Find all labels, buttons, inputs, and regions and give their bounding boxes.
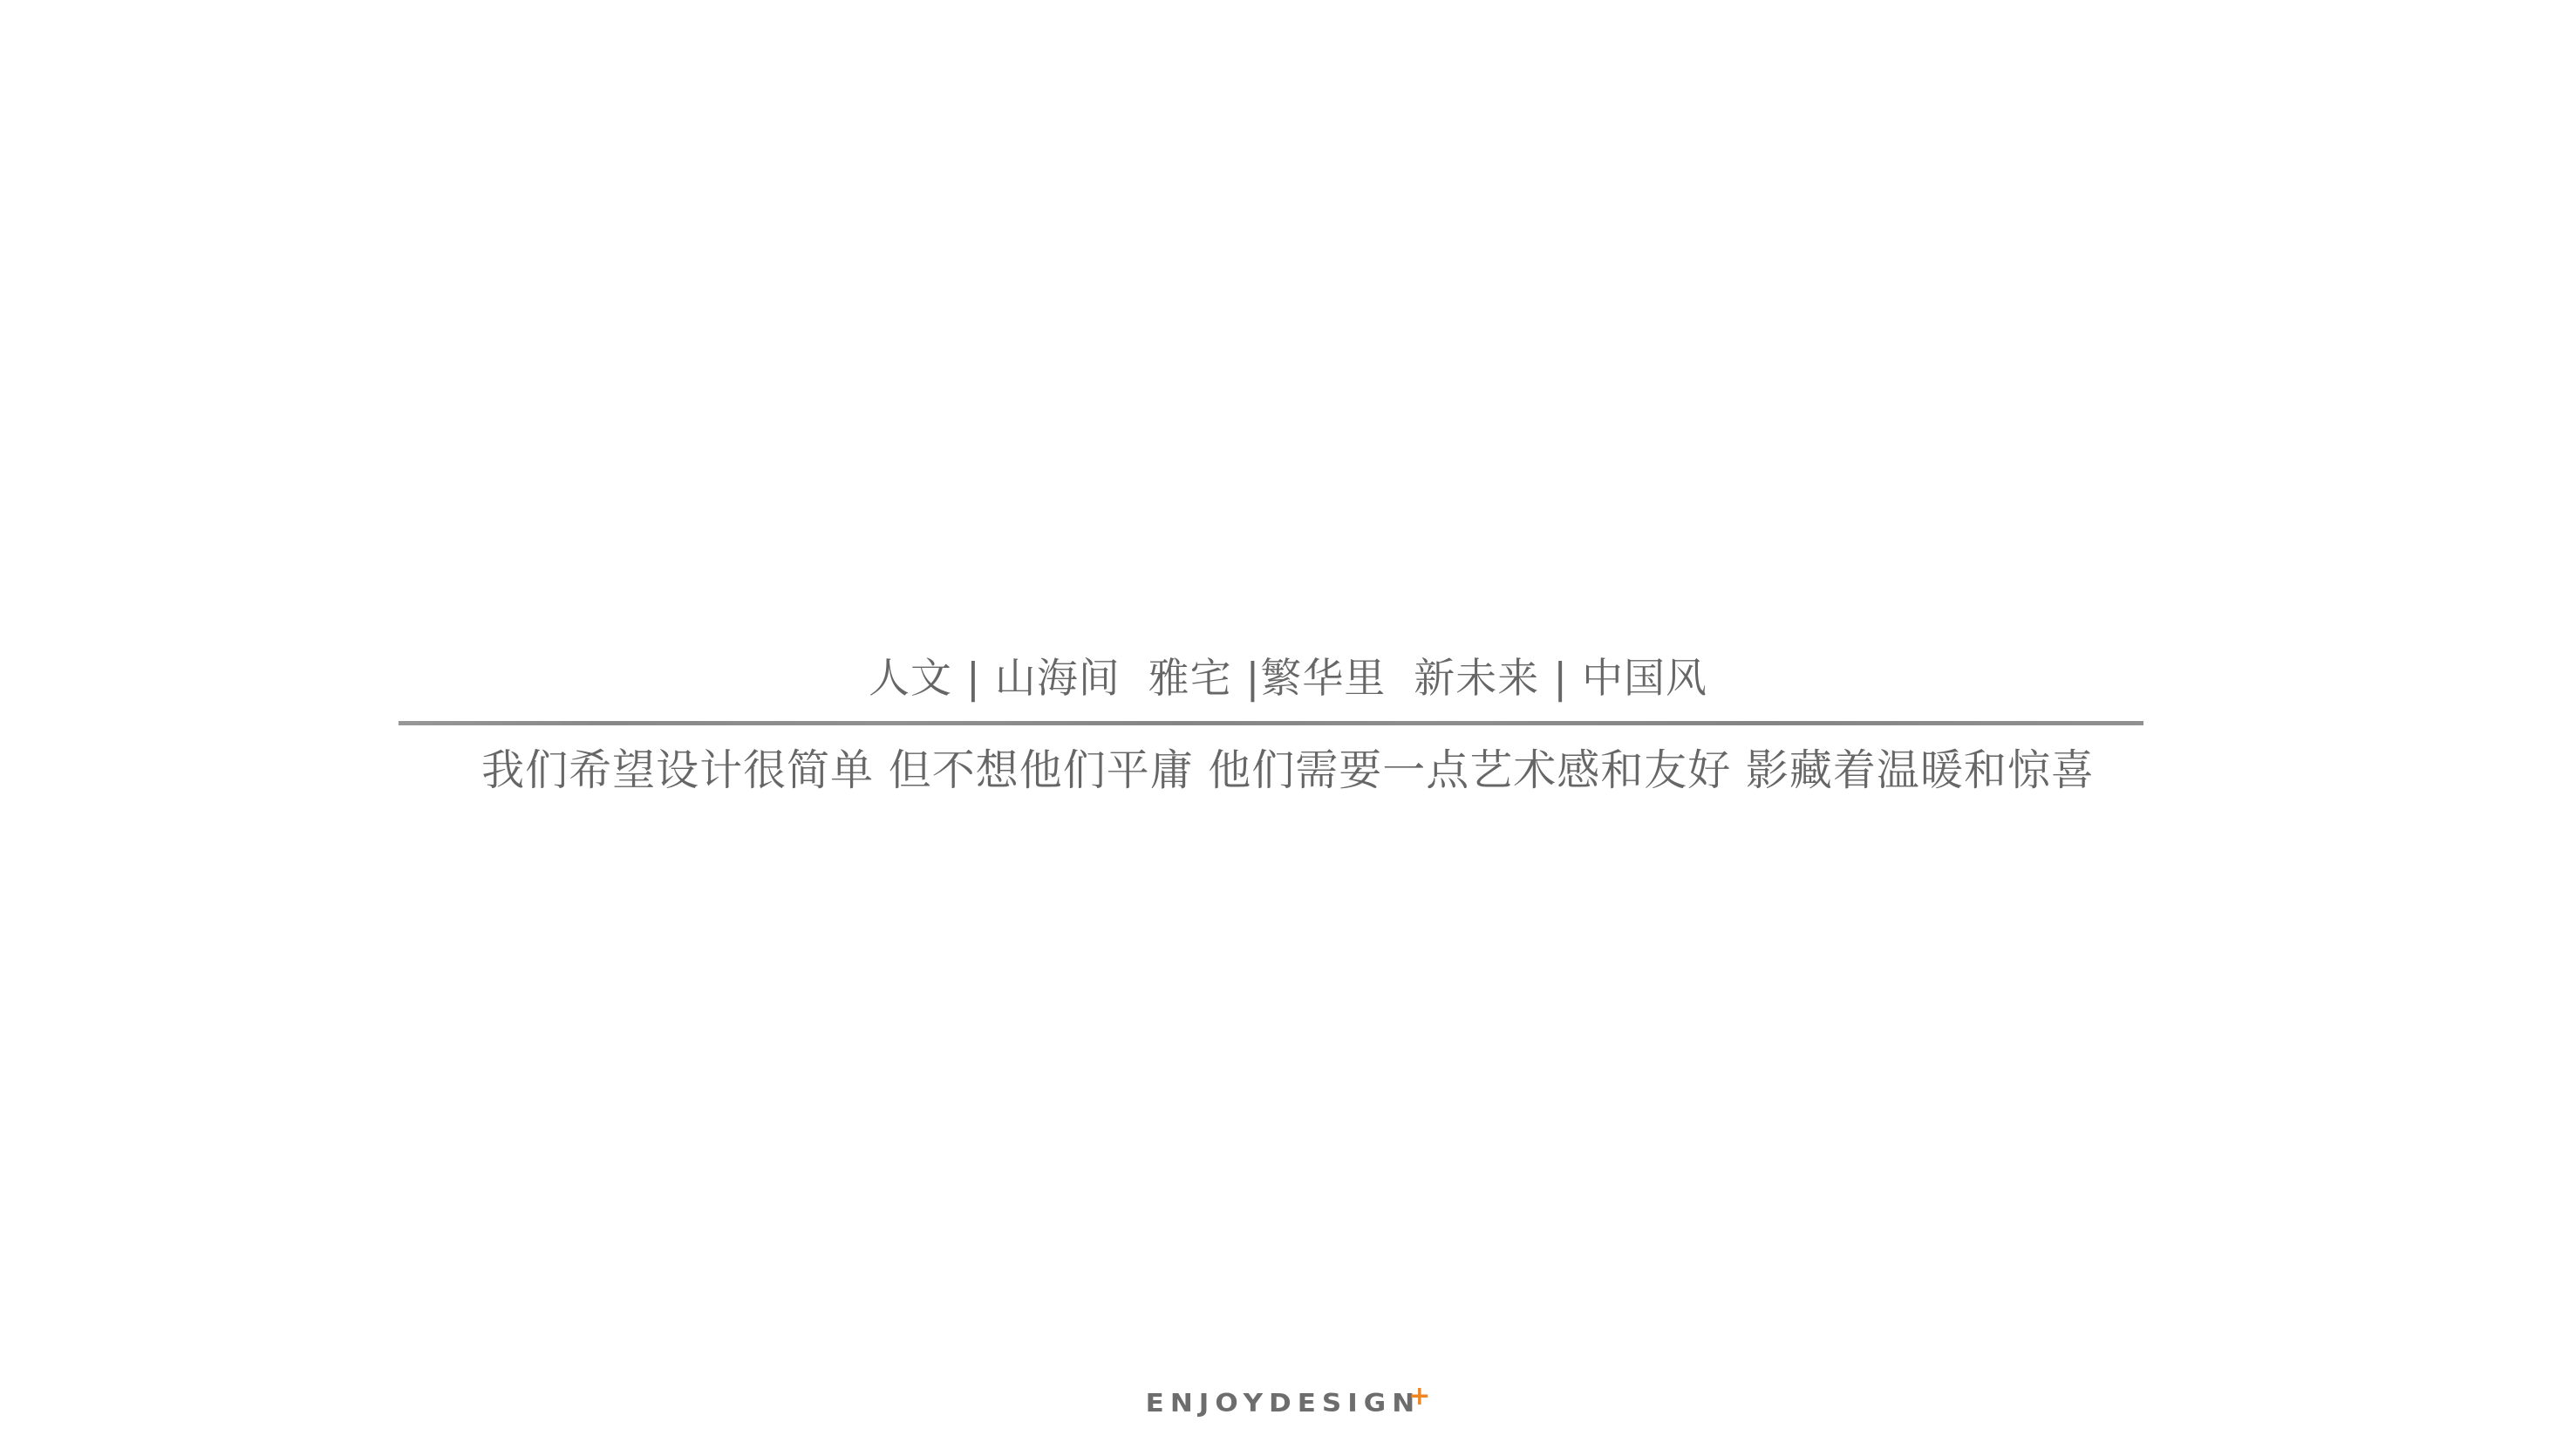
slide-background: 人文 | 山海间 雅宅 |繁华里 新未来 | 中国风 我们希望设计很简单 但不想… bbox=[0, 0, 2576, 1442]
divider-line bbox=[399, 721, 2143, 725]
brand-logo-text: ENJOYDESIGN bbox=[1146, 1389, 1421, 1418]
plus-icon: + bbox=[1408, 1381, 1430, 1411]
tagline-title: 人文 | 山海间 雅宅 |繁华里 新未来 | 中国风 bbox=[0, 656, 2576, 703]
tagline-subtitle: 我们希望设计很简单 但不想他们平庸 他们需要一点艺术感和友好 影藏着温暖和惊喜 bbox=[0, 746, 2576, 795]
brand-logo: ENJOYDESIGN+ bbox=[0, 1388, 2576, 1419]
